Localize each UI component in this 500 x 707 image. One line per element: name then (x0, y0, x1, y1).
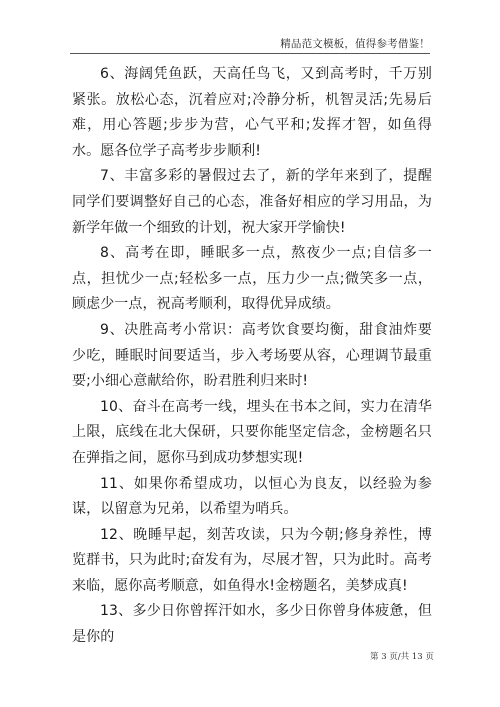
paragraph-12: 12、晚睡早起，刻苦攻读，只为今朝;修身养性，博览群书，只为此时;奋发有为，尽展… (72, 523, 432, 600)
paragraph-11: 11、如果你希望成功，以恒心为良友，以经验为参谋，以留意为兄弟，以希望为哨兵。 (72, 472, 432, 523)
page-header: 精品范文模板，值得参考借鉴！ (70, 36, 430, 54)
page-number: 第 3 页/共 13 页 (370, 650, 434, 662)
paragraph-10: 10、奋斗在高考一线，埋头在书本之间，实力在清华上限，底线在北大保研，只要你能坚… (72, 395, 432, 472)
paragraph-13: 13、多少日你曾挥汗如水，多少日你曾身体疲惫，但是你的 (72, 599, 432, 650)
document-page: 精品范文模板，值得参考借鉴！ 6、海阔凭鱼跃，天高任鸟飞，又到高考时，千万别紧张… (0, 0, 500, 707)
paragraph-6: 6、海阔凭鱼跃，天高任鸟飞，又到高考时，千万别紧张。放松心态，沉着应对;冷静分析… (72, 62, 432, 164)
paragraph-8: 8、高考在即，睡眠多一点，熬夜少一点;自信多一点，担忧少一点;轻松多一点，压力少… (72, 241, 432, 318)
page-content: 6、海阔凭鱼跃，天高任鸟飞，又到高考时，千万别紧张。放松心态，沉着应对;冷静分析… (72, 62, 432, 651)
paragraph-9: 9、决胜高考小常识：高考饮食要均衡，甜食油炸要少吃，睡眠时间要适当，步入考场要从… (72, 318, 432, 395)
paragraph-7: 7、丰富多彩的暑假过去了，新的学年来到了，提醒同学们要调整好自己的心态，准备好相… (72, 164, 432, 241)
header-text: 精品范文模板，值得参考借鉴！ (280, 36, 430, 51)
